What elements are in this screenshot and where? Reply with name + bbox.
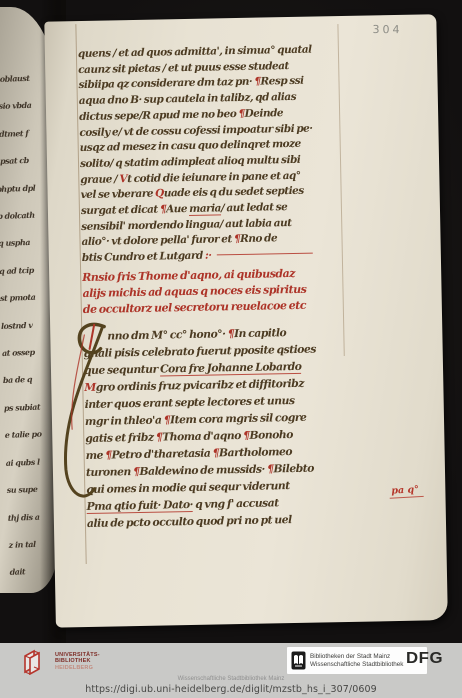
text-segment: sibiipa qz considerare dm taz pn· xyxy=(78,76,254,91)
mainz-book-icon xyxy=(291,651,306,670)
text-segment: usqz ad mesez in casu quo delinqret moze xyxy=(80,138,301,154)
text-segment: gro ordinis fruz pvicaribz et diffitorib… xyxy=(96,377,304,394)
text-segment: alio°· vt dolore pella' furor et xyxy=(81,234,234,249)
text-segment: In capitlo xyxy=(234,326,286,340)
text-segment: / aut ledat se xyxy=(221,201,288,214)
text-segment: Item cora mgris sil cogre xyxy=(170,411,307,427)
text-segment: btis Cundro et Lutgard xyxy=(82,250,205,264)
screenshot: d oblaustnsio vbdaadtmet fi psat cbphptu… xyxy=(0,0,462,698)
text-segment: uade eis q du sedet septies xyxy=(164,185,304,200)
text-segment: Petro d'tharetasia xyxy=(111,447,212,462)
text-segment: caunz sit pietas / et ut puus esse stude… xyxy=(78,60,289,76)
paragraph-2: nno dm M° cc° hono°· ¶In capitlognali pi… xyxy=(83,322,397,532)
text-segment: Deinde xyxy=(244,107,283,120)
text-segment: solito/ q statim adimpleat alioq multu s… xyxy=(80,154,301,170)
dfg-logo: DFG xyxy=(406,650,443,668)
text-segment: Resp ssi xyxy=(260,75,303,88)
text-segment: vel se vberare xyxy=(81,188,156,201)
pencil-folio-number: 304 xyxy=(372,23,402,36)
text-segment: Cora fre Johanne Lobardo xyxy=(160,360,302,377)
text-segment: Thoma d'aqno xyxy=(162,429,243,444)
text-segment: :· xyxy=(205,250,212,262)
footer-bar: UNIVERSITÄTS- BIBLIOTHEK HEIDELBERG Bibl… xyxy=(0,643,462,698)
paragraph-1: quens / et ad quos admitta', in simua° q… xyxy=(78,41,392,267)
text-segment: Aue xyxy=(166,203,189,215)
footer-url: https://digi.ub.uni-heidelberg.de/diglit… xyxy=(0,684,462,695)
text-segment: q vng f' accusat xyxy=(193,496,279,511)
ub-line3: HEIDELBERG xyxy=(55,665,100,671)
text-segment: cosily e/ vt de cossu cofessi impoatur s… xyxy=(79,122,312,138)
text-segment: Rnsio fris Thome d'aqno, ai quibusdaz xyxy=(82,267,295,284)
text-segment: sensibil' mordendo lingua/ aut labia aut xyxy=(81,217,292,233)
text-segment: quens / et ad quos admitta', in simua° q… xyxy=(78,44,312,60)
text-segment: Rno de xyxy=(240,233,277,246)
ub-book-icon xyxy=(22,648,50,675)
mainz-line2: Wissenschaftliche Stadtbibliothek xyxy=(310,661,403,669)
text-segment: de occultorz uel secretoru reuelacoe etc xyxy=(83,299,306,316)
margin-note: pa q° xyxy=(389,484,423,499)
ub-logo-text: UNIVERSITÄTS- BIBLIOTHEK HEIDELBERG xyxy=(55,652,100,671)
red-line xyxy=(216,253,312,256)
text-segment: graue / xyxy=(80,173,119,186)
text-segment: Baldewino de mussids· xyxy=(139,463,267,478)
text-segment: Bonoho xyxy=(249,428,293,442)
rubric: Rnsio fris Thome d'aqno, ai quibusdazali… xyxy=(82,264,393,318)
text-segment: aqua dno B· sup cautela in talibz, qd al… xyxy=(79,91,296,107)
ub-heidelberg-logo: UNIVERSITÄTS- BIBLIOTHEK HEIDELBERG xyxy=(22,648,100,675)
text-segment: Bartholomeo xyxy=(219,445,292,459)
photo-area: d oblaustnsio vbdaadtmet fi psat cbphptu… xyxy=(0,0,462,643)
text-segment: t cotid die ieiunare in pane et aq° xyxy=(127,169,301,184)
footer-caption: Wissenschaftliche Stadtbibliothek Mainz xyxy=(0,676,462,682)
manuscript-page: 304 quens / et ad quos admitta', in simu… xyxy=(44,14,448,627)
text-segment: surgat et dicat xyxy=(81,204,160,218)
mainz-logo-text: Bibliotheken der Stadt Mainz Wissenschaf… xyxy=(310,653,403,668)
text-segment: maria xyxy=(189,202,221,216)
initial-flourish xyxy=(48,318,124,524)
text-segment: Bilebto xyxy=(273,462,314,476)
text-segment: nno dm M° cc° hono°· xyxy=(107,327,228,342)
mainz-line1: Bibliotheken der Stadt Mainz xyxy=(310,653,403,661)
text-segment: dictus sepe/R apud me no beo xyxy=(79,108,239,123)
